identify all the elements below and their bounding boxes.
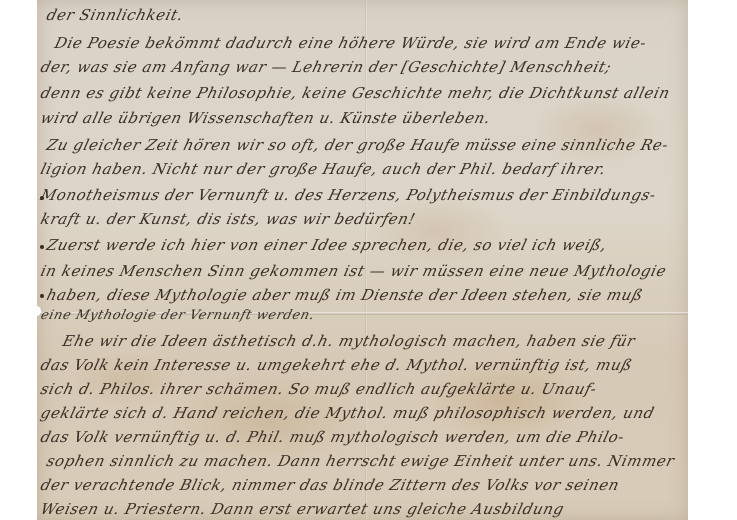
manuscript-line: der Sinnlichkeit. [45, 6, 186, 24]
manuscript-line: der, was sie am Anfang war — Lehrerin de… [39, 58, 614, 76]
margin-dot-mark [40, 294, 44, 298]
manuscript-line: der verachtende Blick, nimmer das blinde… [39, 476, 622, 494]
paper-edge-notch [33, 306, 41, 316]
manuscript-line: haben, diese Mythologie aber muß im Dien… [45, 286, 645, 304]
manuscript-line: das Volk kein Interesse u. umgekehrt ehe… [39, 356, 635, 374]
manuscript-line: kraft u. der Kunst, dis ists, was wir be… [39, 210, 418, 228]
manuscript-line: denn es gibt keine Philosophie, keine Ge… [39, 84, 672, 102]
manuscript-line: das Volk vernünftig u. d. Phil. muß myth… [39, 428, 627, 446]
manuscript-line: Die Poesie bekömmt dadurch eine höhere W… [53, 34, 649, 52]
manuscript-line: sophen sinnlich zu machen. Dann herrscht… [45, 452, 677, 470]
manuscript-page: der Sinnlichkeit. Die Poesie bekömmt dad… [37, 0, 688, 520]
manuscript-line: Monotheismus der Vernunft u. des Herzens… [39, 186, 658, 204]
manuscript-line: sich d. Philos. ihrer schämen. So muß en… [39, 380, 599, 398]
manuscript-line: geklärte sich d. Hand reichen, die Mytho… [39, 404, 657, 422]
margin-dot-mark [40, 245, 44, 249]
manuscript-line: Zuerst werde ich hier von einer Idee spr… [45, 236, 609, 254]
manuscript-line: wird alle übrigen Wissenschaften u. Küns… [39, 109, 493, 127]
manuscript-line: in keines Menschen Sinn gekommen ist — w… [39, 262, 669, 280]
manuscript-line: Weisen u. Priestern. Dann erst erwartet … [39, 500, 566, 518]
manuscript-line: Ehe wir die Ideen ästhetisch d.h. mythol… [61, 332, 638, 350]
manuscript-line: Zu gleicher Zeit hören wir so oft, der g… [45, 136, 671, 154]
manuscript-line: eine Mythologie der Vernunft werden. [39, 308, 316, 323]
margin-dot-mark [40, 196, 44, 200]
manuscript-line: ligion haben. Nicht nur der große Haufe,… [39, 160, 608, 178]
